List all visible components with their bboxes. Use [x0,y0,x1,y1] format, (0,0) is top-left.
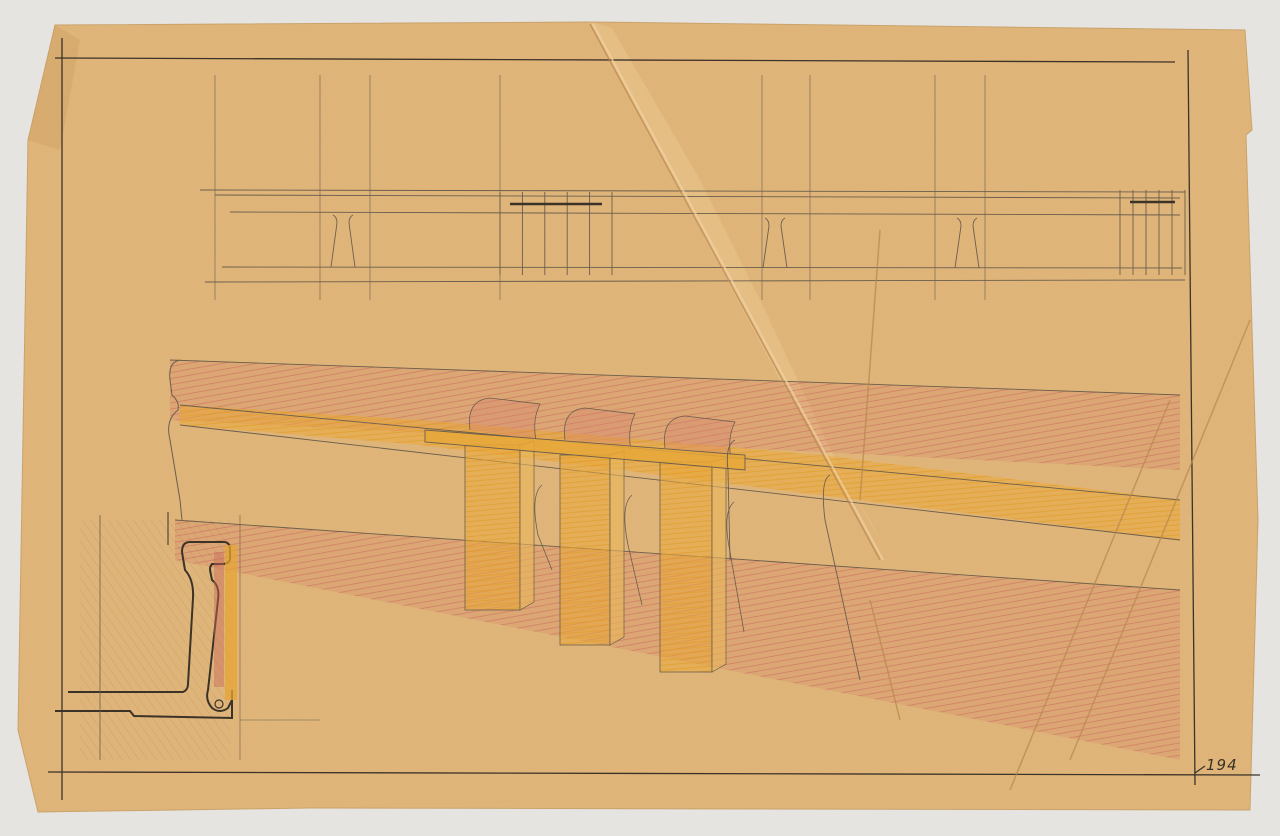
section-board-red [214,552,224,687]
bench-post [660,462,712,672]
architectural-drawing [0,0,1280,836]
sheet-number: 194 [1206,756,1238,774]
section-board-yellow [225,545,237,700]
bench-post [465,445,520,610]
bench-post-side [712,458,726,672]
bench-post [560,455,610,645]
section-hatch [80,520,230,760]
bench-post-side [520,441,534,610]
bench-post-side [610,451,624,645]
drawing-photo: 194 [0,0,1280,836]
